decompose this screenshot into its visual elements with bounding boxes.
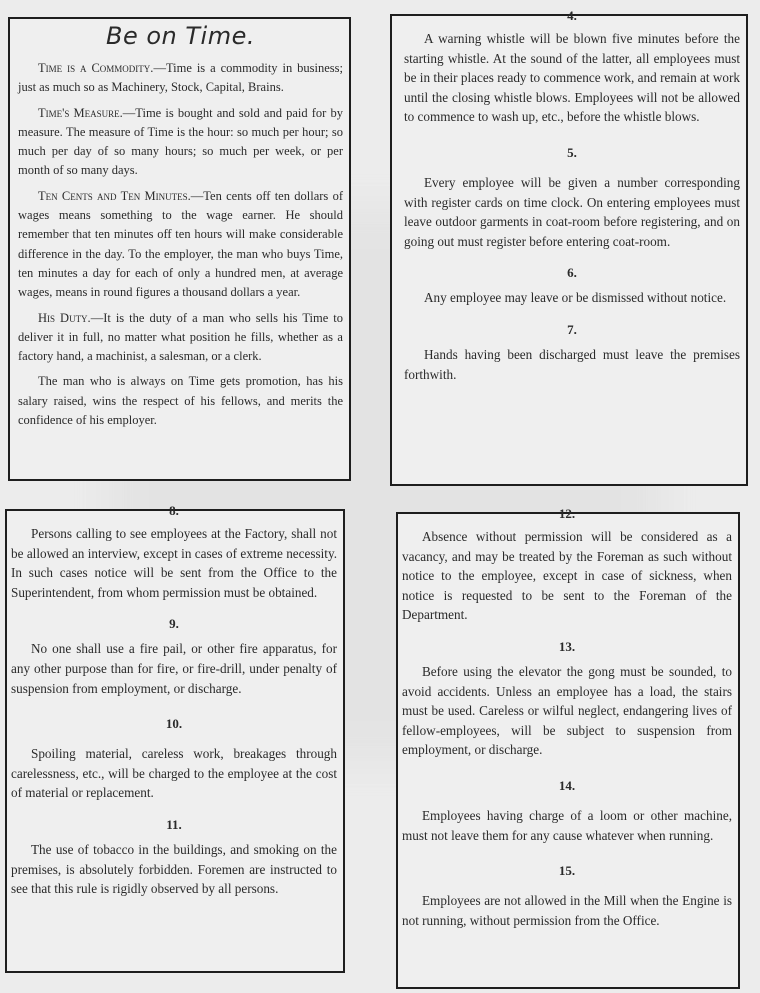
rule-text: Spoiling material, careless work, breaka… bbox=[11, 744, 337, 803]
page-title: Be on Time. bbox=[18, 21, 343, 51]
rule-text: Persons calling to see employees at the … bbox=[11, 524, 337, 602]
rule-number: 12. bbox=[402, 506, 732, 522]
rule-number: 7. bbox=[404, 322, 740, 338]
rule-text: Hands having been discharged must leave … bbox=[404, 345, 740, 384]
panel-be-on-time: Be on Time. Time is a Commodity.—Time is… bbox=[8, 17, 351, 481]
paragraph-lead: Time is a Commodity. bbox=[38, 61, 153, 75]
rule-text: A warning whistle will be blown five min… bbox=[404, 29, 740, 127]
rule-number: 11. bbox=[11, 817, 337, 833]
rule-text: Absence without permission will be consi… bbox=[402, 527, 732, 625]
rule-number: 8. bbox=[11, 503, 337, 519]
paragraph-measure: Time's Measure.—Time is bought and sold … bbox=[18, 104, 343, 181]
paragraph-lead: Time's Measure. bbox=[38, 106, 123, 120]
paragraph-promotion: The man who is always on Time gets promo… bbox=[18, 372, 343, 430]
panel-rules-8-11: 8. Persons calling to see employees at t… bbox=[5, 509, 345, 973]
rule-number: 14. bbox=[402, 778, 732, 794]
paragraph-commodity: Time is a Commodity.—Time is a commodity… bbox=[18, 59, 343, 98]
paragraph-lead: Ten Cents and Ten Minutes. bbox=[38, 189, 191, 203]
rule-number: 13. bbox=[402, 639, 732, 655]
rule-number: 10. bbox=[11, 716, 337, 732]
rule-text: Employees are not allowed in the Mill wh… bbox=[402, 891, 732, 930]
panel-rules-4-7: 4. A warning whistle will be blown five … bbox=[390, 14, 748, 486]
rule-text: No one shall use a fire pail, or other f… bbox=[11, 639, 337, 698]
rule-text: The use of tobacco in the buildings, and… bbox=[11, 840, 337, 899]
paragraph-ten-cents: Ten Cents and Ten Minutes.—Ten cents off… bbox=[18, 187, 343, 303]
rule-number: 5. bbox=[404, 145, 740, 161]
rule-text: Every employee will be given a number co… bbox=[404, 173, 740, 251]
rule-number: 6. bbox=[404, 265, 740, 281]
paragraph-text: The man who is always on Time gets promo… bbox=[18, 374, 343, 427]
rule-number: 4. bbox=[404, 8, 740, 24]
rule-text: Employees having charge of a loom or oth… bbox=[402, 806, 732, 845]
paragraph-lead: His Duty. bbox=[38, 311, 91, 325]
rule-number: 9. bbox=[11, 616, 337, 632]
rule-text: Any employee may leave or be dismissed w… bbox=[404, 288, 740, 308]
panel-rules-12-15: 12. Absence without permission will be c… bbox=[396, 512, 740, 989]
paragraph-text: —Ten cents off ten dollars of wages mean… bbox=[18, 189, 343, 299]
paragraph-duty: His Duty.—It is the duty of a man who se… bbox=[18, 309, 343, 367]
rule-number: 15. bbox=[402, 863, 732, 879]
rule-text: Before using the elevator the gong must … bbox=[402, 662, 732, 760]
